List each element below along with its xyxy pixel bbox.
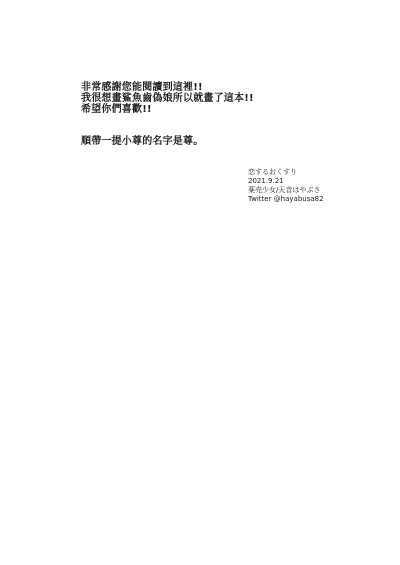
- message-line-1: 非常感謝您能閱讀到這裡!!: [81, 82, 254, 93]
- publish-date: 2021.9.21: [248, 177, 324, 186]
- message-line-2: 我很想畫鯊魚齒偽娘所以就畫了這本!!: [81, 93, 254, 104]
- document-page: 非常感謝您能閱讀到這裡!! 我很想畫鯊魚齒偽娘所以就畫了這本!! 希望你們喜歡!…: [0, 0, 400, 565]
- afterword-message: 非常感謝您能閱讀到這裡!! 我很想畫鯊魚齒偽娘所以就畫了這本!! 希望你們喜歡!…: [81, 82, 254, 147]
- colophon: 恋するおくすり 2021.9.21 薬売少女/天音はやぶさ Twitter @h…: [248, 168, 324, 204]
- twitter-handle: Twitter @hayabusa82: [248, 195, 324, 204]
- message-line-3: 希望你們喜歡!!: [81, 104, 254, 115]
- message-postscript: 順帶一提小尊的名字是尊。: [81, 136, 254, 147]
- circle-author: 薬売少女/天音はやぶさ: [248, 186, 324, 195]
- paragraph-gap: [81, 115, 254, 136]
- book-title: 恋するおくすり: [248, 168, 324, 177]
